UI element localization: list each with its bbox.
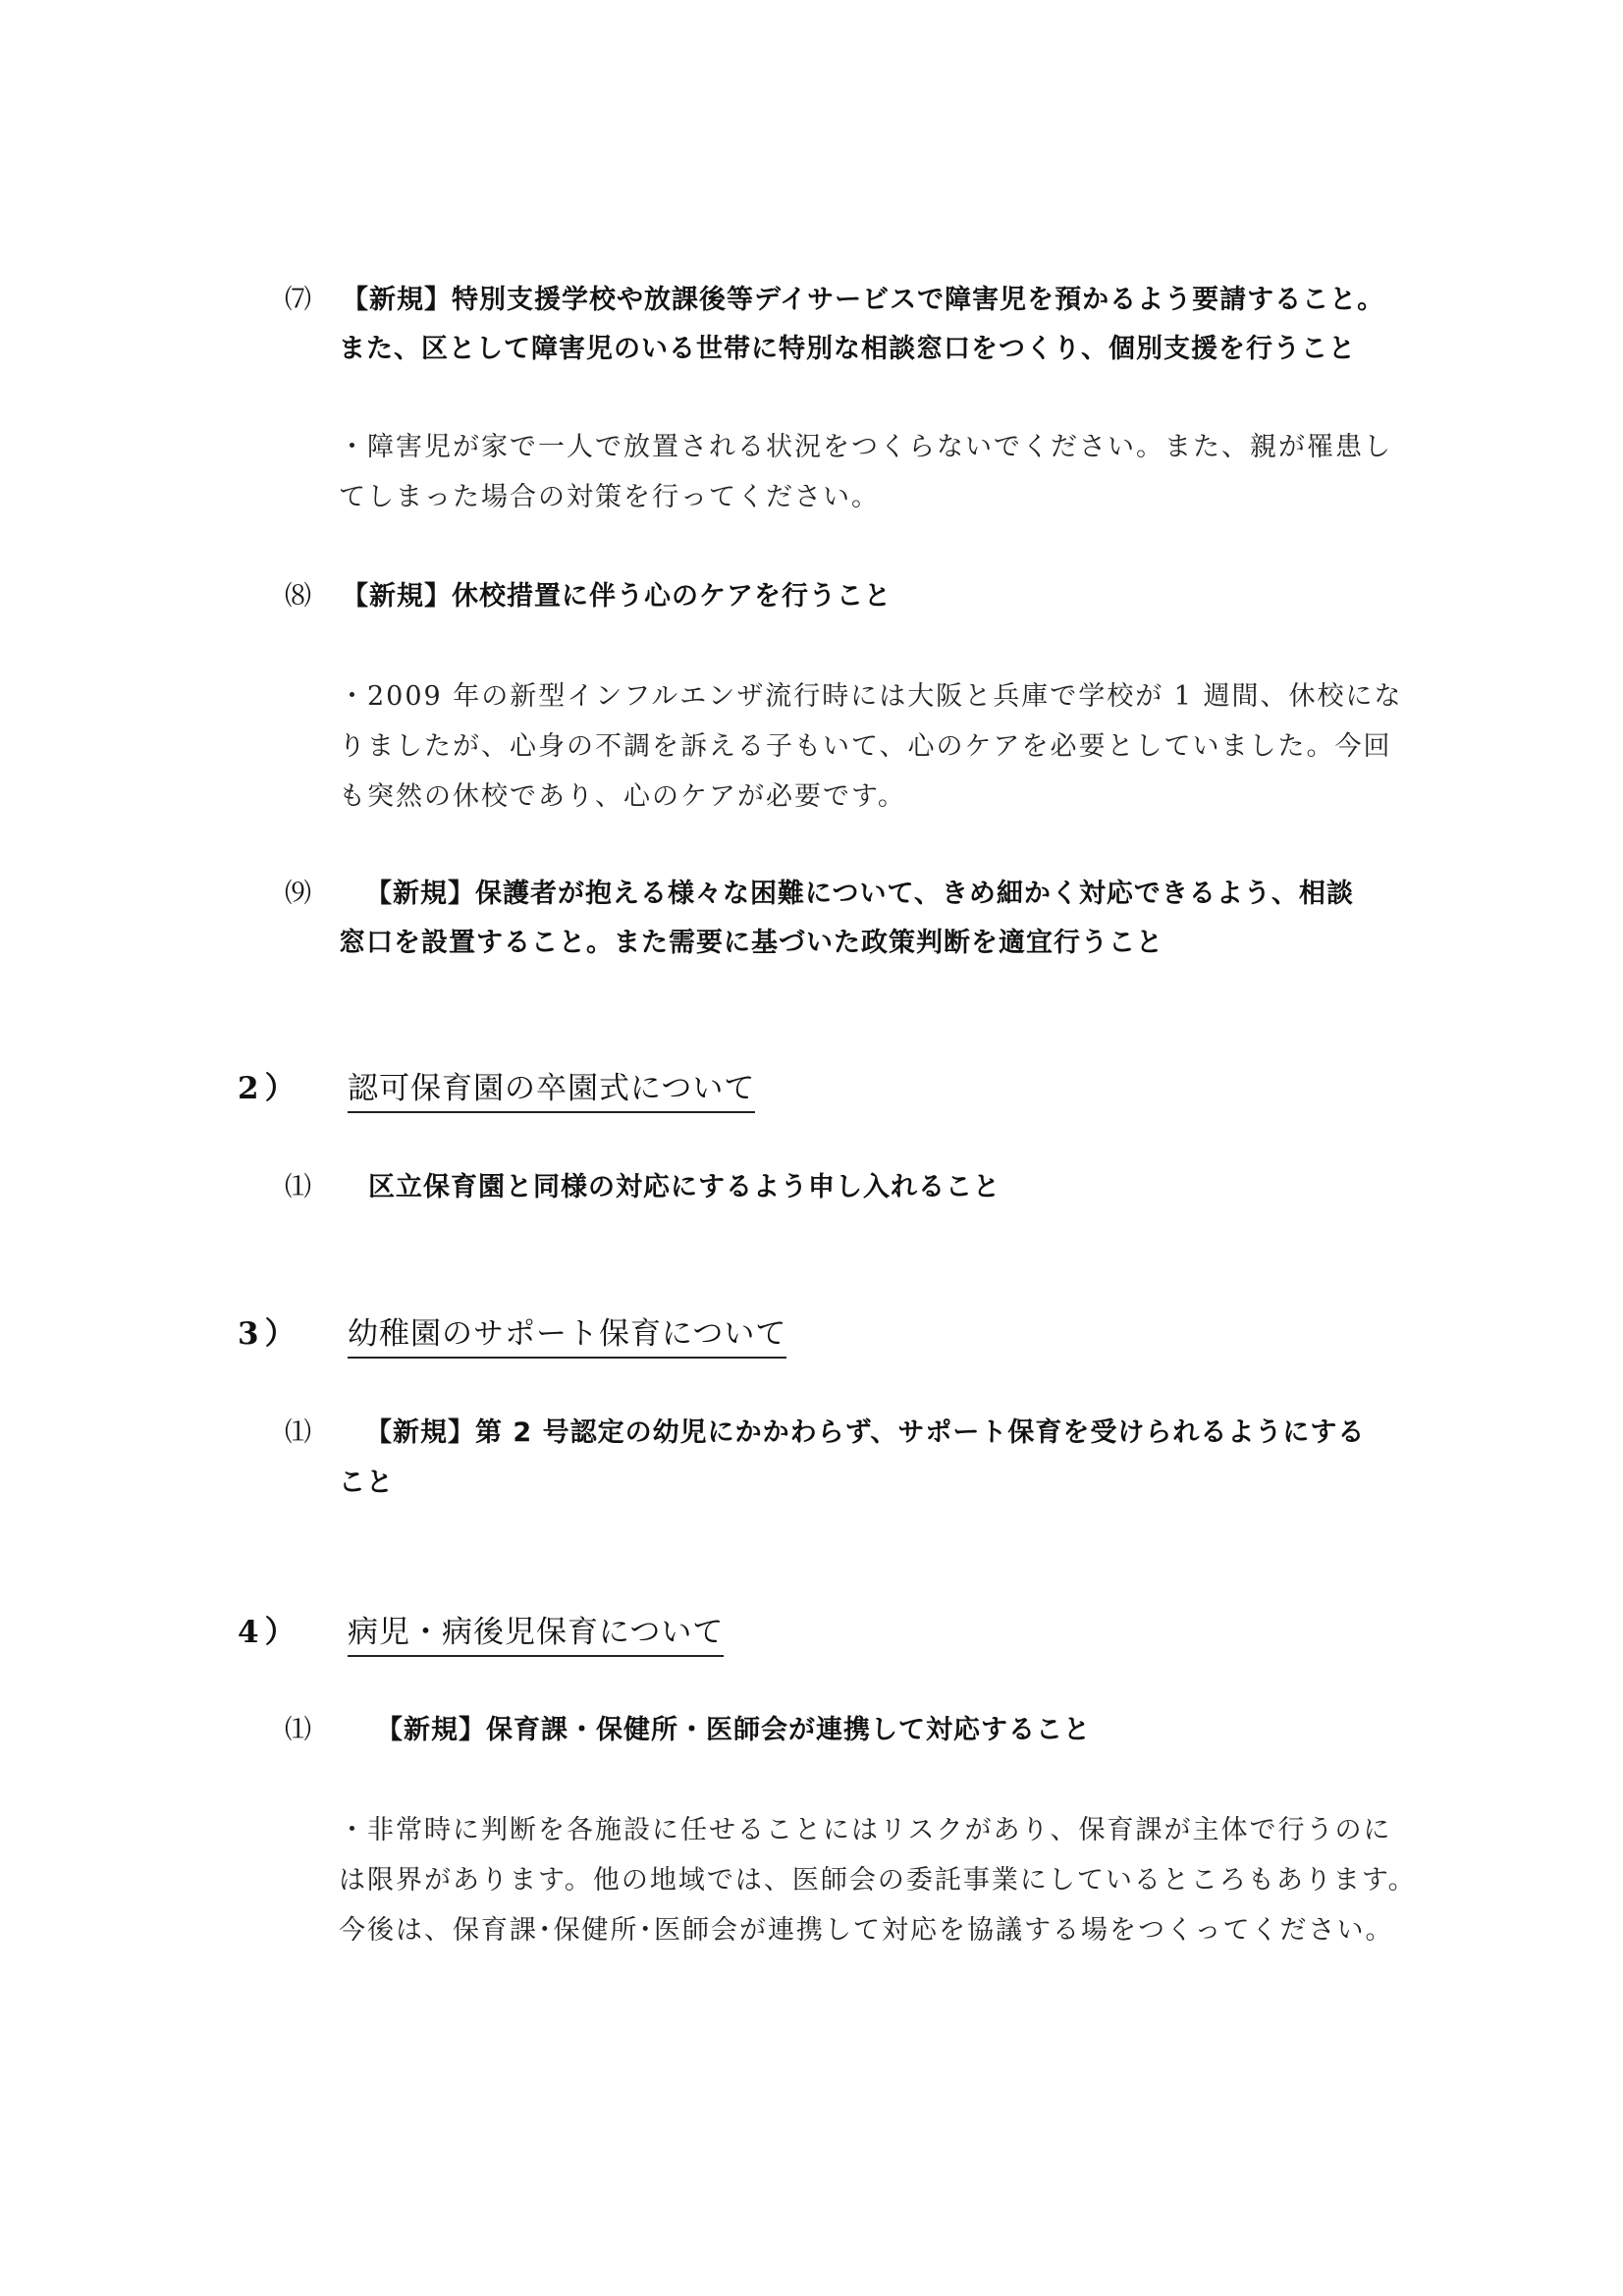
section-3-item-1-line1: 【新規】第 2 号認定の幼児にかかわらず、サポート保育を受けられるようにする bbox=[365, 1411, 1365, 1449]
section-3-item-1-line2: こと bbox=[339, 1461, 394, 1499]
item-9-heading-line2: 窓口を設置すること。また需要に基づいた政策判断を適宜行うこと bbox=[339, 921, 1163, 959]
item-7-marker: ⑺ bbox=[285, 278, 311, 316]
item-8-note-line2: りましたが、心身の不調を訴える子もいて、心のケアを必要としていました。今回 bbox=[339, 724, 1391, 763]
section-4-number: 4） bbox=[238, 1607, 301, 1651]
section-2-item-1-marker: ⑴ bbox=[285, 1165, 311, 1203]
section-3-title: 幼稚園のサポート保育について bbox=[348, 1308, 786, 1359]
section-4-item-1: 【新規】保育課・保健所・医師会が連携して対応すること bbox=[376, 1708, 1091, 1746]
item-7-note-line1: ・障害児が家で一人で放置される状況をつくらないでください。また、親が罹患し bbox=[339, 425, 1392, 463]
item-7-heading-line2: また、区として障害児のいる世帯に特別な相談窓口をつくり、個別支援を行うこと bbox=[339, 327, 1356, 365]
item-8-marker: ⑻ bbox=[285, 574, 311, 613]
document-page: ⑺ 【新規】特別支援学校や放課後等デイサービスで障害児を預かるよう要請すること。… bbox=[0, 0, 1623, 2296]
section-3-item-1-marker: ⑴ bbox=[285, 1411, 311, 1449]
section-3-number: 3） bbox=[238, 1308, 301, 1353]
item-7-heading-line1: 【新規】特別支援学校や放課後等デイサービスで障害児を預かるよう要請すること。 bbox=[342, 278, 1384, 316]
item-8-note-line1: ・2009 年の新型インフルエンザ流行時には大阪と兵庫で学校が 1 週間、休校に… bbox=[339, 674, 1403, 713]
section-2-number: 2） bbox=[238, 1063, 301, 1107]
section-4-item-1-marker: ⑴ bbox=[285, 1708, 311, 1746]
section-4-note-line3: 今後は、保育課･保健所･医師会が連携して対応を協議する場をつくってください。 bbox=[339, 1908, 1393, 1947]
section-4-note-line1: ・非常時に判断を各施設に任せることにはリスクがあり、保育課が主体で行うのに bbox=[339, 1808, 1391, 1846]
item-7-note-line2: てしまった場合の対策を行ってください。 bbox=[339, 475, 880, 513]
item-9-marker: ⑼ bbox=[285, 872, 311, 910]
item-9-heading-line1: 【新規】保護者が抱える様々な困難について、きめ細かく対応できるよう、相談 bbox=[365, 872, 1354, 910]
section-4-title: 病児・病後児保育について bbox=[348, 1607, 724, 1657]
section-2-title: 認可保育園の卒園式について bbox=[348, 1063, 755, 1113]
item-8-heading: 【新規】休校措置に伴う心のケアを行うこと bbox=[342, 574, 892, 613]
section-4-note-line2: は限界があります。他の地域では、医師会の委託事業にしているところもあります。 bbox=[339, 1858, 1417, 1896]
item-8-note-line3: も突然の休校であり、心のケアが必要です。 bbox=[339, 774, 906, 813]
section-2-item-1: 区立保育園と同様の対応にするよう申し入れること bbox=[368, 1165, 1001, 1203]
